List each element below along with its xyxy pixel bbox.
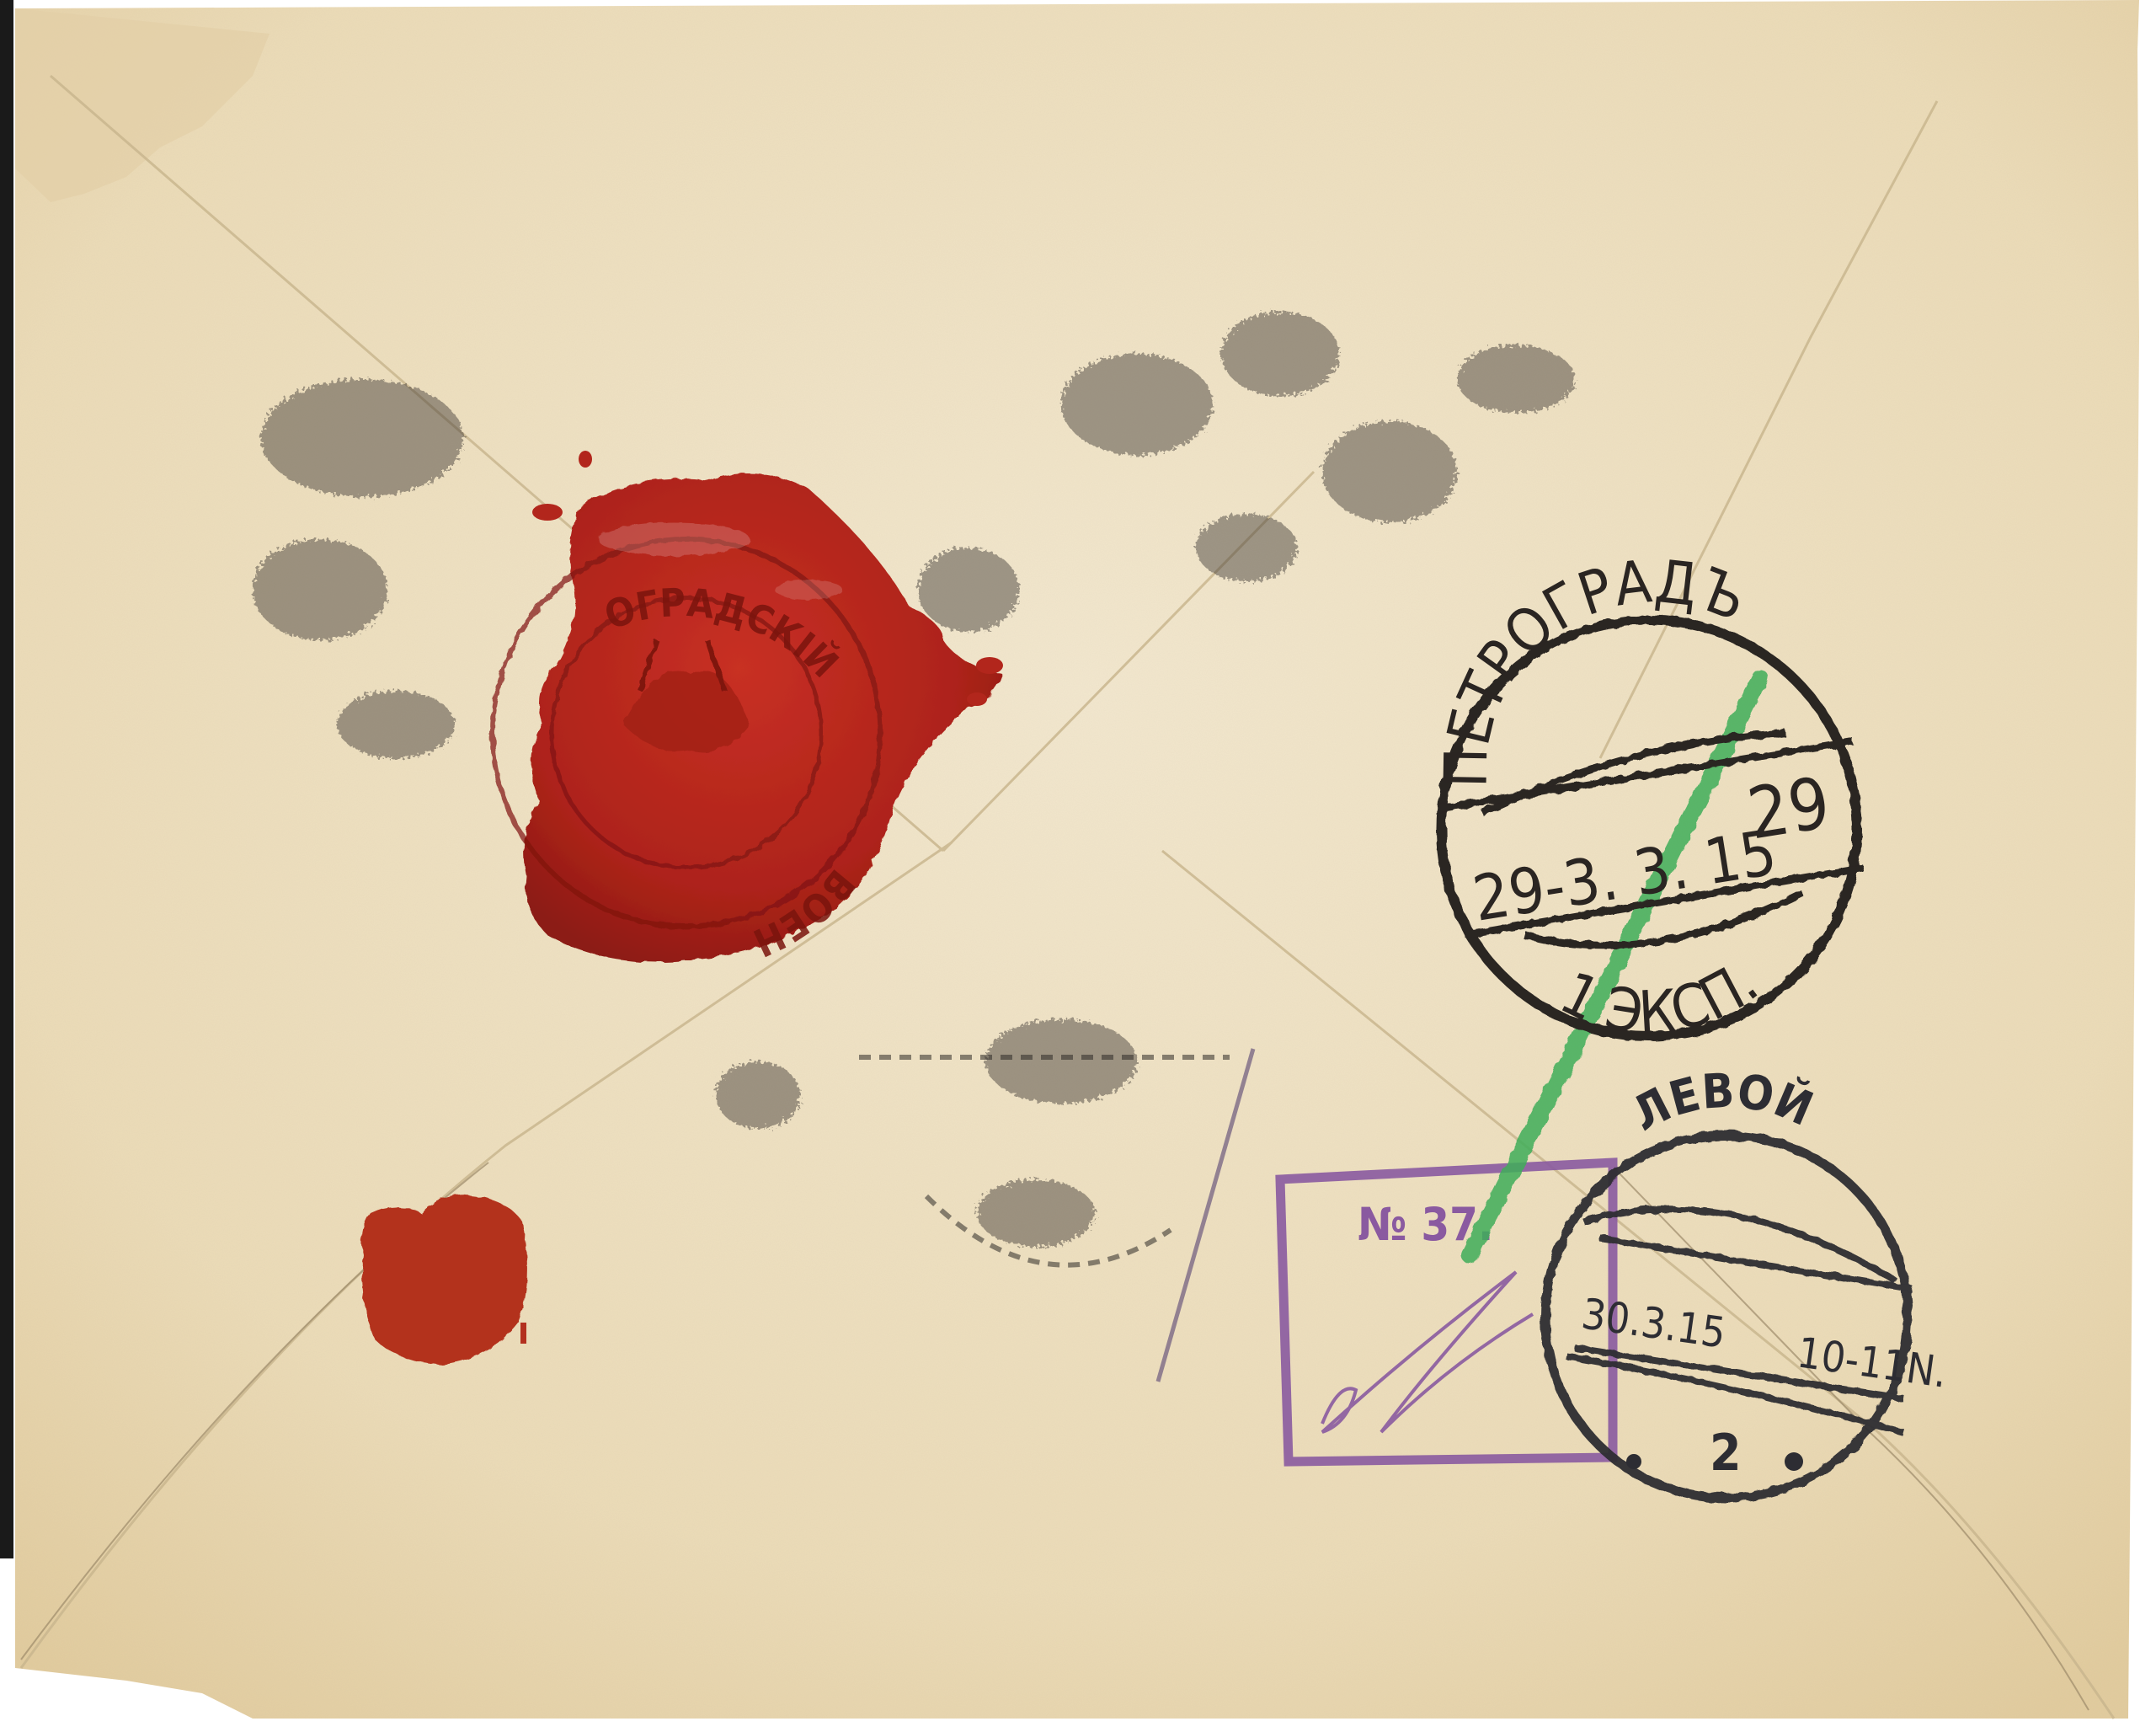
postmark-arrival-office: 2 [1710, 1424, 1742, 1483]
envelope-artwork: № 37. ПЕТРОГРАДЪ 29-3. 3. 15 29 1 ЭКСП. [0, 0, 2156, 1732]
postmark-petrograd-time: 29 [1742, 762, 1835, 856]
envelope-scan: № 37. ПЕТРОГРАДЪ 29-3. 3. 15 29 1 ЭКСП. [0, 0, 2156, 1732]
